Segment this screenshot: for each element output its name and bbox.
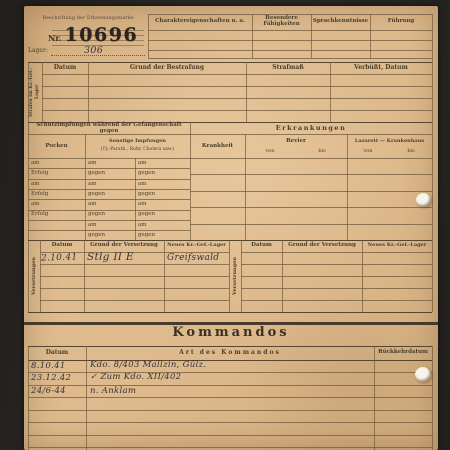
row-label: am <box>138 200 178 209</box>
rule <box>241 252 432 253</box>
col-header-hospital: Lazarett — Krankenhaus <box>347 137 432 146</box>
col-header-date: Datum <box>40 241 84 251</box>
col-header-character-traits: Charaktereigenschaften u. a. <box>148 15 252 29</box>
row-label: am <box>31 200 71 209</box>
row-label: am <box>138 221 178 230</box>
rule <box>28 410 432 411</box>
rule <box>241 300 432 301</box>
row-label: gegen <box>88 231 128 240</box>
transfer-camp-handwritten: Greifswald <box>167 253 219 263</box>
rule <box>190 174 432 175</box>
kommando-date-handwritten: 24/6-44 <box>31 386 66 396</box>
col-header-new-camp: Neues Kr.-Gef.-Lager <box>362 241 432 251</box>
kommando-type-handwritten: ✓ Zum Kdo. XII/402 <box>90 372 181 382</box>
rule <box>40 288 229 289</box>
nr-label: Nr. <box>48 33 62 43</box>
rule <box>432 346 433 450</box>
row-label: am <box>138 180 178 189</box>
rule <box>148 40 432 41</box>
rule <box>86 346 87 450</box>
punch-hole <box>416 193 431 207</box>
row-label: Erfolg <box>31 190 71 199</box>
col-header-other-vaccinations-note: (Ty.-Parath., Ruhr, Cholera usw.) <box>85 146 190 155</box>
col-header-illness: Krankheit <box>190 135 245 158</box>
rule <box>135 158 136 240</box>
kommando-date-handwritten: 23.12.42 <box>31 373 71 383</box>
rule <box>148 58 432 59</box>
rule <box>245 134 246 240</box>
rule <box>432 14 433 312</box>
col-header-transfer-reason: Grund der Versetzung <box>84 241 164 251</box>
hospital-from-label: von <box>355 147 381 156</box>
rule <box>241 276 432 277</box>
rule <box>190 191 432 192</box>
side-label-transfers-right: Versetzungen <box>229 240 241 312</box>
rule <box>190 207 432 208</box>
rule <box>28 397 432 398</box>
rule <box>148 50 432 51</box>
col-header-smallpox: Pocken <box>28 135 85 158</box>
col-header-date: Datum <box>42 63 88 74</box>
col-header-conduct: Führung <box>370 15 432 29</box>
row-label: am <box>138 159 178 168</box>
rule <box>241 288 432 289</box>
rule <box>28 360 432 361</box>
row-label: am <box>31 159 71 168</box>
rule <box>42 110 432 111</box>
rule <box>148 30 432 31</box>
rule <box>347 134 348 240</box>
prisoner-number: 10696 <box>65 24 139 46</box>
rule <box>40 264 229 265</box>
col-header-served-date: Verbüßt, Datum <box>330 63 432 74</box>
rule <box>190 224 432 225</box>
prisoner-number-stamp: Nr. 10696 <box>48 24 158 46</box>
group-header-illnesses: Erkrankungen <box>190 123 432 134</box>
row-label: gegen <box>88 190 128 199</box>
tag-inscription-label: Beschriftung der Erkennungsmarke <box>30 15 146 23</box>
row-label: gegen <box>138 169 178 178</box>
row-label: am <box>88 200 128 209</box>
rule <box>42 74 432 75</box>
col-header-special-abilities: Besondere Fähigkeiten <box>252 15 311 29</box>
col-header-transfer-reason: Grund der Versetzung <box>282 241 362 251</box>
row-label: am <box>31 180 71 189</box>
rule <box>40 300 229 301</box>
infirmary-from-label: von <box>257 147 283 156</box>
row-label: am <box>88 221 128 230</box>
col-header-date: Datum <box>241 241 282 251</box>
scanned-photo-background: Beschriftung der Erkennungsmarke Nr. 106… <box>0 0 450 450</box>
row-label: Erfolg <box>31 169 71 178</box>
infirmary-to-label: bis <box>309 147 335 156</box>
transfer-date-handwritten: 2.10.41 <box>41 252 78 263</box>
rule <box>28 385 432 386</box>
row-label: gegen <box>138 210 178 219</box>
rule <box>28 435 432 436</box>
rule <box>28 447 432 448</box>
row-label: gegen <box>88 210 128 219</box>
row-label: am <box>88 159 128 168</box>
col-header-other-vaccinations: Sonstige Impfungen <box>85 137 190 146</box>
rule <box>28 422 432 423</box>
rule <box>241 264 432 265</box>
transfer-reason-handwritten: Stlg II E <box>87 251 134 263</box>
col-header-return-date: Rückkehrdatum <box>374 347 432 359</box>
rule <box>28 346 29 450</box>
rule <box>28 372 432 373</box>
col-header-new-camp: Neues Kr.-Gef.-Lager <box>164 241 229 251</box>
kommando-date-handwritten: 8.10.41 <box>31 361 66 371</box>
side-label-punishments: Strafen im Kr.-Gef.-Lager <box>28 62 42 122</box>
lager-label: Lager: <box>28 47 52 56</box>
col-header-punishment-reason: Grund der Bestrafung <box>88 63 246 74</box>
hospital-to-label: bis <box>398 147 424 156</box>
row-label: gegen <box>138 190 178 199</box>
side-label-transfers-left: Versetzungen <box>28 240 40 312</box>
col-header-language-skills: Sprachkenntnisse <box>311 15 370 29</box>
punch-hole <box>415 367 431 382</box>
col-header-date: Datum <box>28 347 86 359</box>
row-label: Erfolg <box>31 210 71 219</box>
group-header-vaccinations: Schutzimpfungen während der Gefangenscha… <box>28 123 190 134</box>
kommando-type-handwritten: n. Anklam <box>90 386 136 396</box>
pow-record-card: Beschriftung der Erkennungsmarke Nr. 106… <box>24 6 438 450</box>
col-header-infirmary: Revier <box>245 137 347 146</box>
row-label: am <box>88 180 128 189</box>
rule <box>40 276 229 277</box>
rule <box>42 98 432 99</box>
kommando-type-handwritten: Kdo. 8/403 Mallzin, Gülz. <box>90 360 206 370</box>
col-header-kommando-type: Art des Kommandos <box>86 347 374 359</box>
lager-dotted-line <box>51 47 145 56</box>
rule <box>28 312 432 313</box>
rule <box>42 86 432 87</box>
row-label: gegen <box>138 231 178 240</box>
row-label: gegen <box>88 169 128 178</box>
col-header-sentence: Strafmaß <box>246 63 330 74</box>
kommandos-title: Kommandos <box>24 325 438 340</box>
rule <box>374 346 375 450</box>
